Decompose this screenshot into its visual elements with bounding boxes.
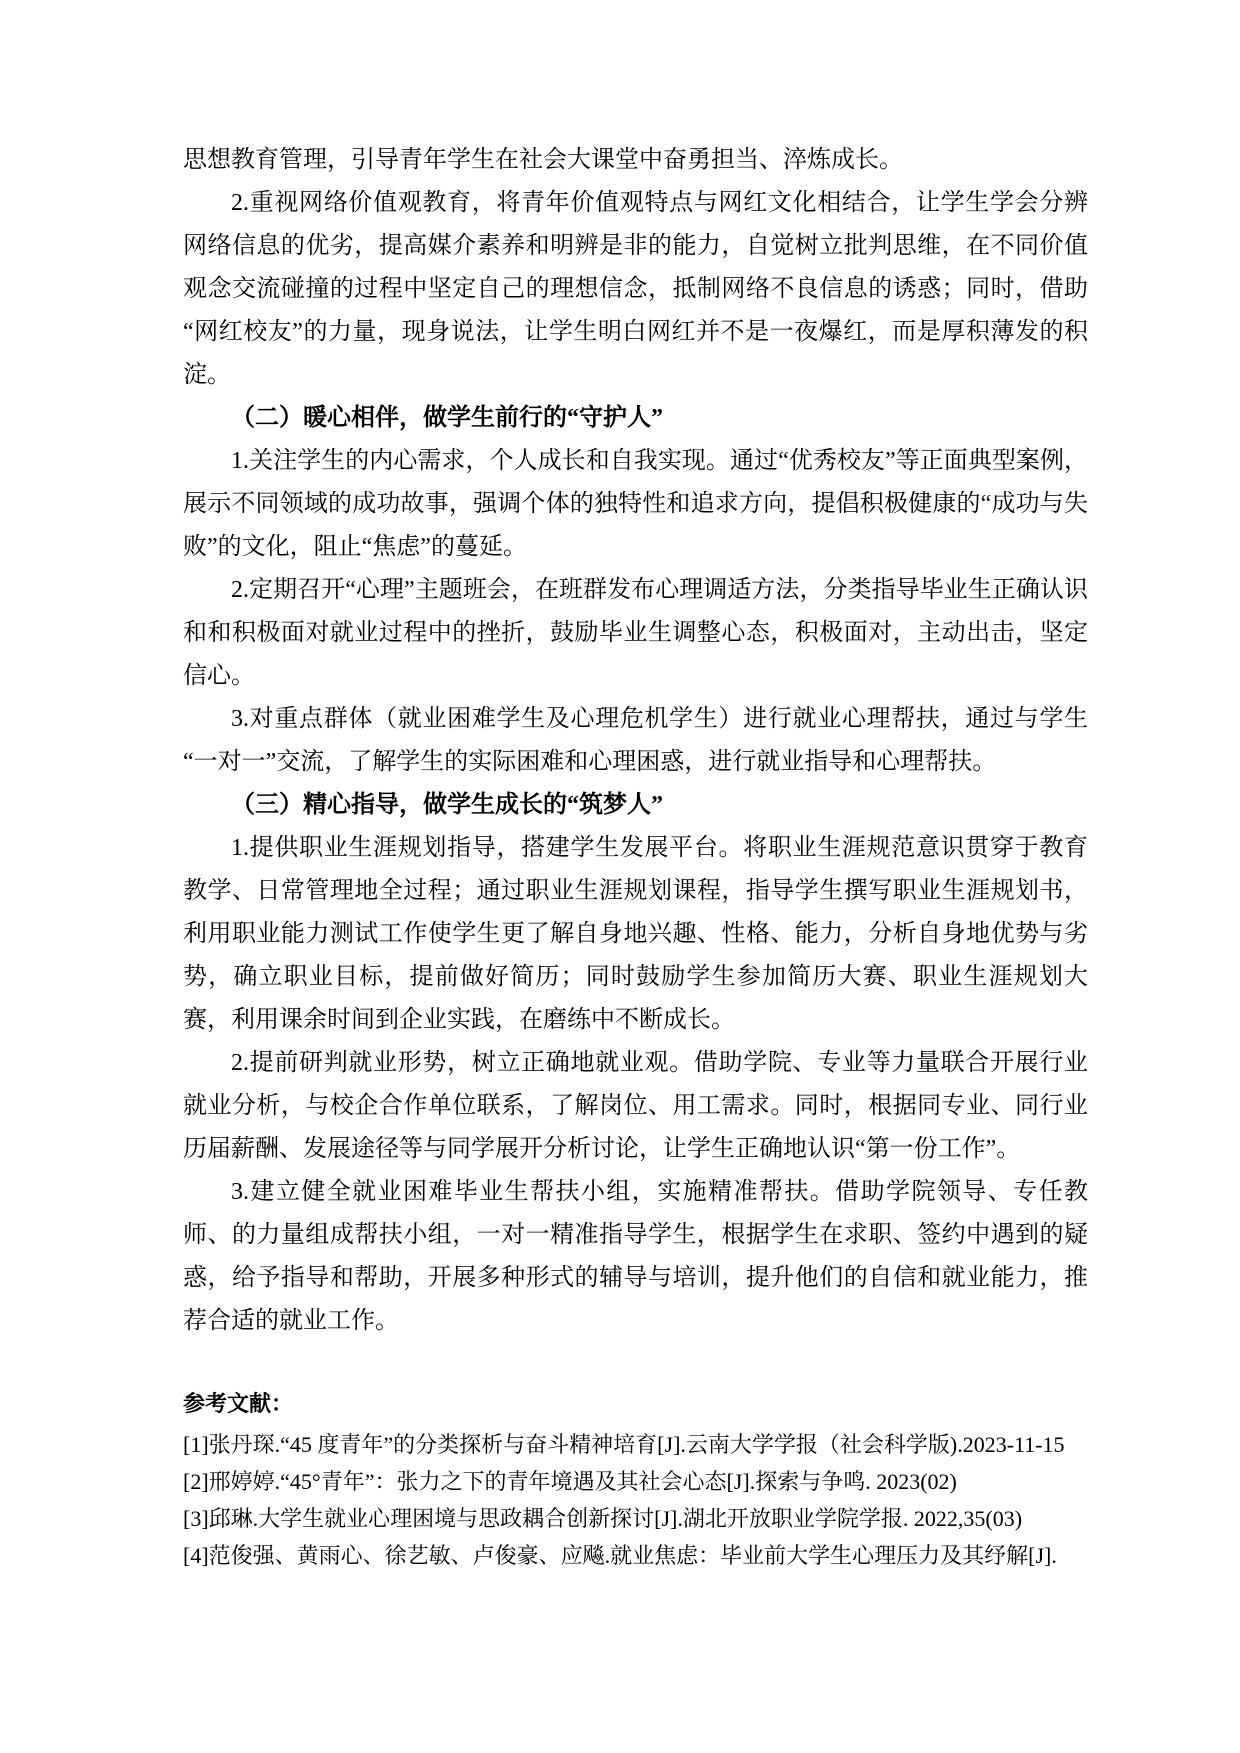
references-section: 参考文献： [1]张丹琛.“45 度青年”的分类探析与奋斗精神培育[J].云南大…: [183, 1385, 1088, 1574]
paragraph: 3.建立健全就业困难毕业生帮扶小组，实施精准帮扶。借助学院领导、专任教师、的力量…: [183, 1171, 1088, 1343]
paragraph: 2.重视网络价值观教育，将青年价值观特点与网红文化相结合，让学生学会分辨网络信息…: [183, 182, 1088, 397]
section-heading-3: （三）精心指导，做学生成长的“筑梦人”: [183, 784, 1088, 827]
paragraph: 2.定期召开“心理”主题班会，在班群发布心理调适方法，分类指导毕业生正确认识和和…: [183, 569, 1088, 698]
reference-item: [3]邱琳.大学生就业心理困境与思政耦合创新探讨[J].湖北开放职业学院学报. …: [183, 1500, 1088, 1537]
paragraph: 1.关注学生的内心需求，个人成长和自我实现。通过“优秀校友”等正面典型案例，展示…: [183, 440, 1088, 569]
reference-item: [2]邢婷婷.“45°青年”：张力之下的青年境遇及其社会心态[J].探索与争鸣.…: [183, 1463, 1088, 1500]
reference-item: [4]范俊强、黄雨心、徐艺敏、卢俊豪、应飚.就业焦虑：毕业前大学生心理压力及其纾…: [183, 1537, 1088, 1574]
paragraph: 2.提前研判就业形势，树立正确地就业观。借助学院、专业等力量联合开展行业就业分析…: [183, 1042, 1088, 1171]
section-heading-2: （二）暖心相伴，做学生前行的“守护人”: [183, 397, 1088, 440]
reference-item: [1]张丹琛.“45 度青年”的分类探析与奋斗精神培育[J].云南大学学报（社会…: [183, 1426, 1088, 1463]
document-page: 思想教育管理，引导青年学生在社会大课堂中奋勇担当、淬炼成长。 2.重视网络价值观…: [0, 0, 1240, 1753]
paragraph: 1.提供职业生涯规划指导，搭建学生发展平台。将职业生涯规范意识贯穿于教育教学、日…: [183, 827, 1088, 1042]
paragraph-continuation: 思想教育管理，引导青年学生在社会大课堂中奋勇担当、淬炼成长。: [183, 139, 1088, 182]
paragraph: 3.对重点群体（就业困难学生及心理危机学生）进行就业心理帮扶，通过与学生“一对一…: [183, 698, 1088, 784]
references-heading: 参考文献：: [183, 1385, 1088, 1422]
